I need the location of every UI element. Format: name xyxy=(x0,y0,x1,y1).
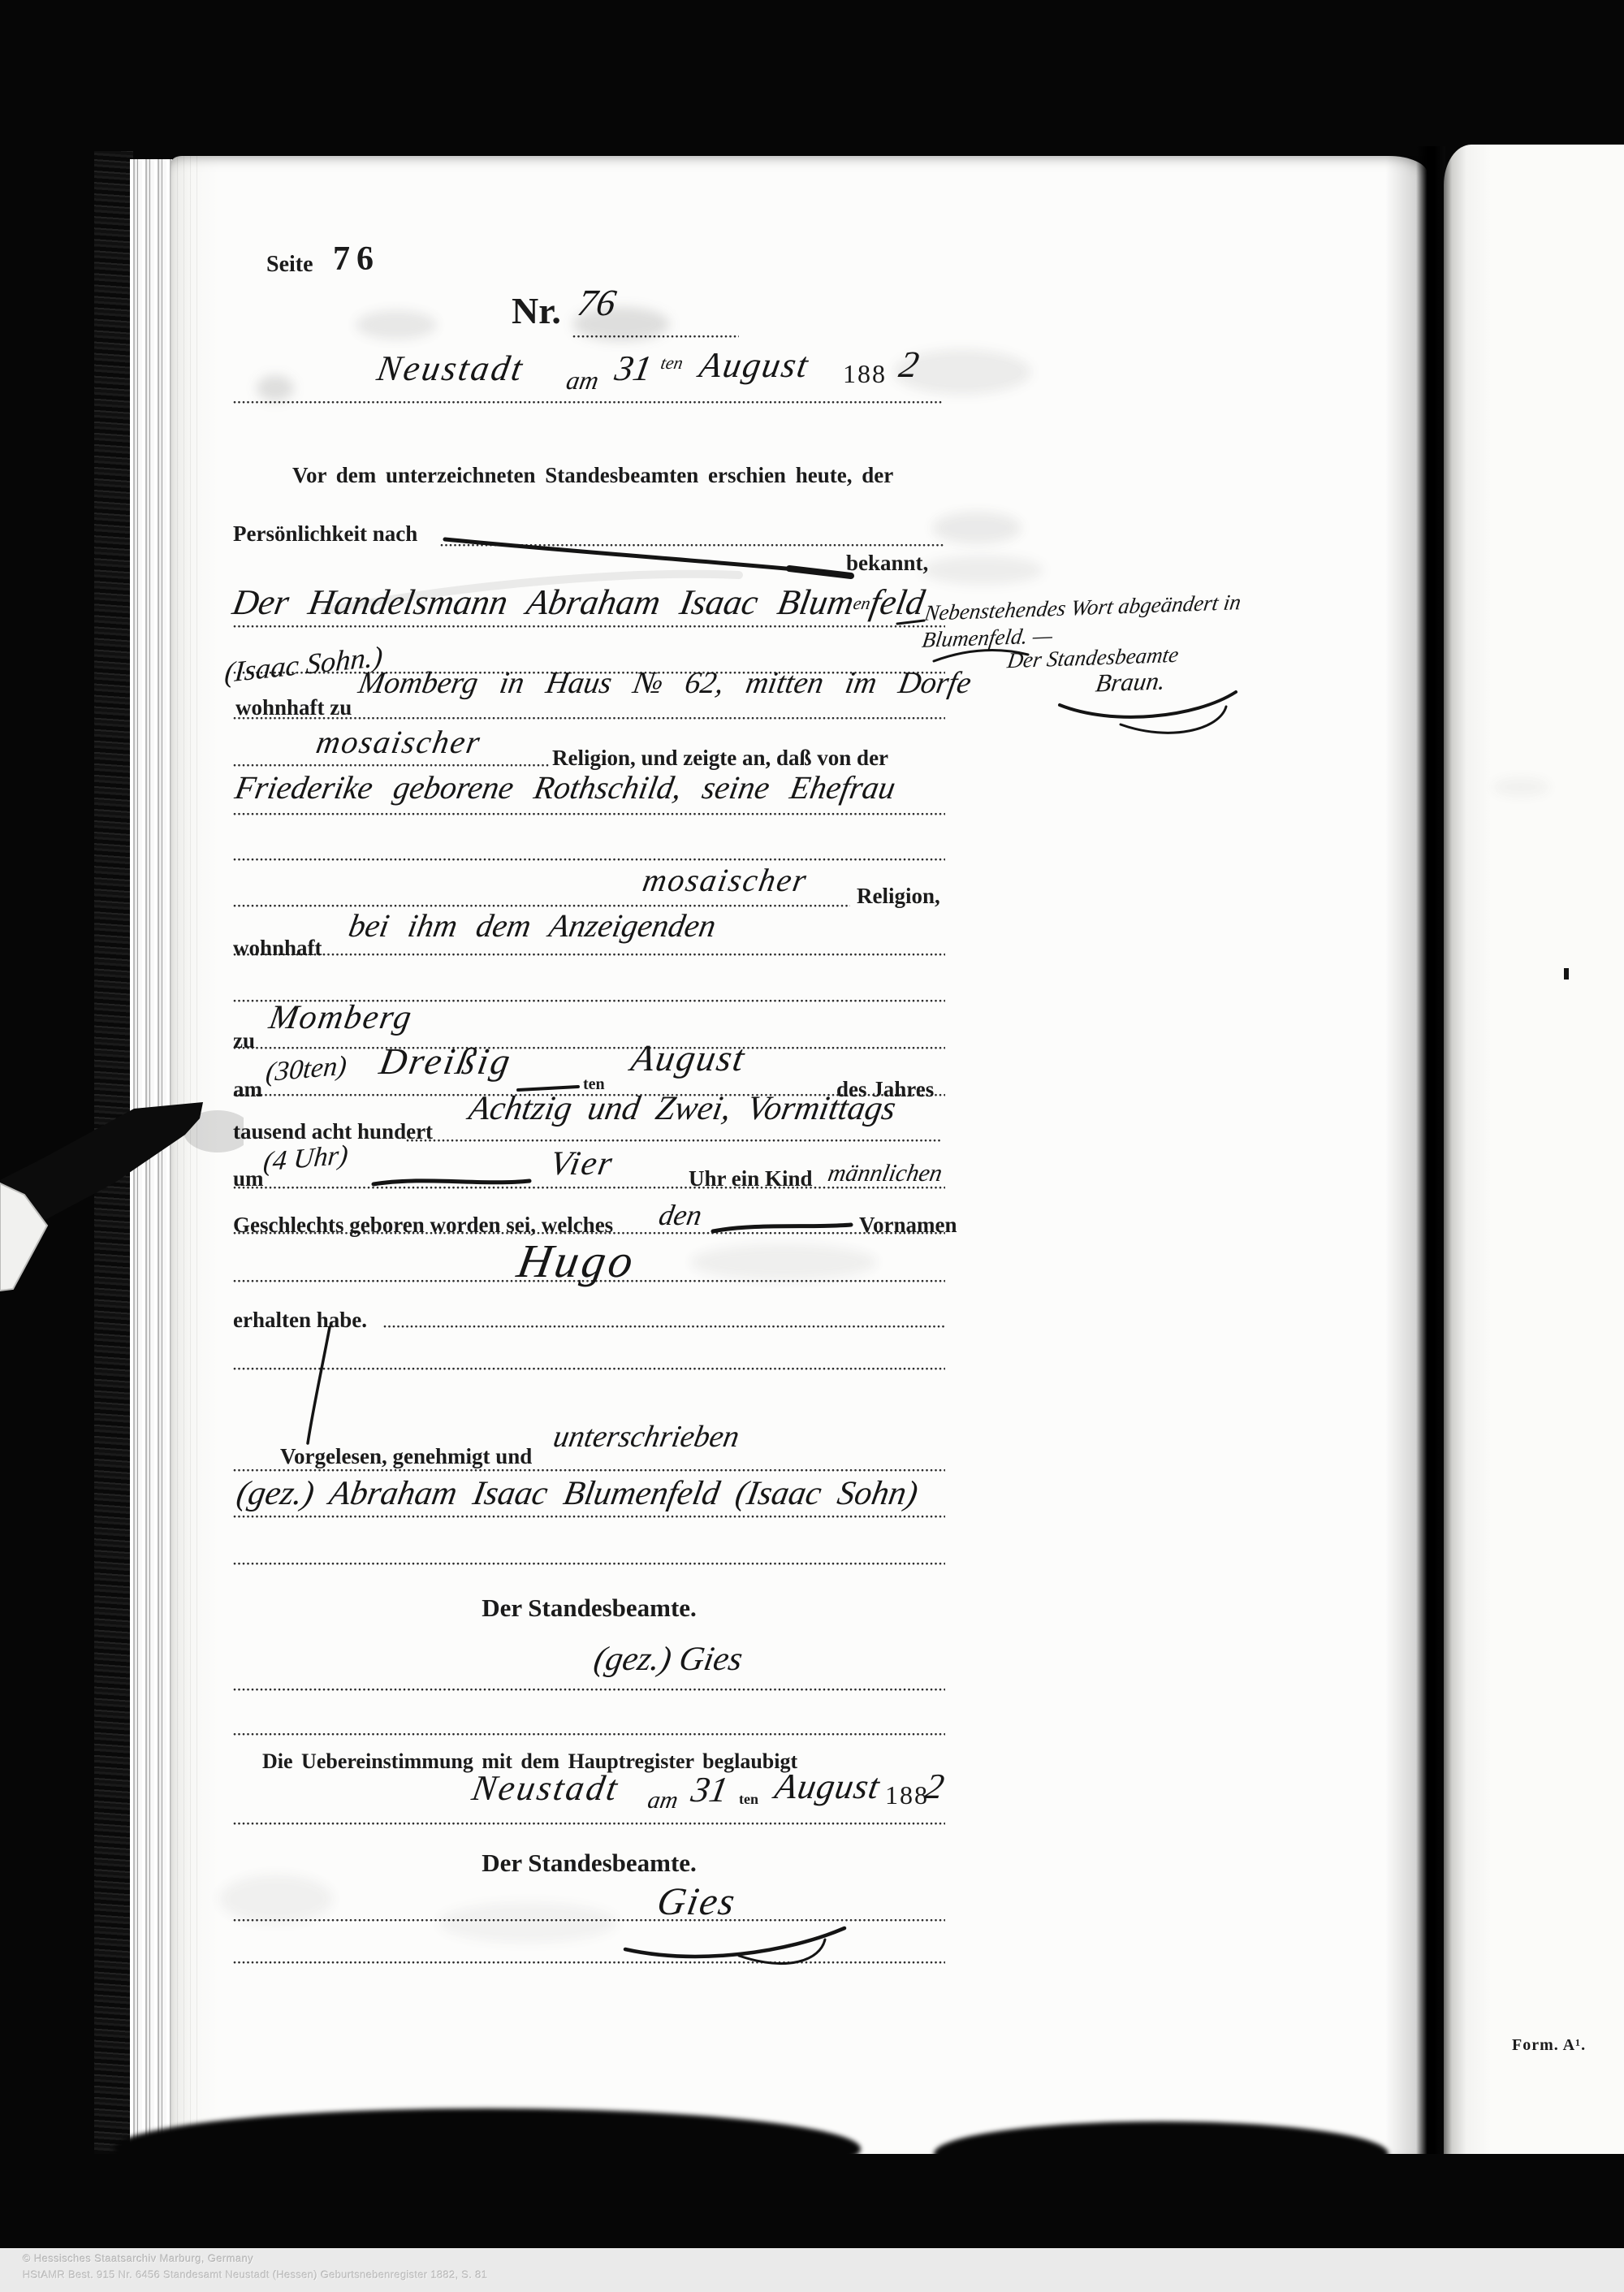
archive-watermark-strip: © Hessisches Staatsarchiv Marburg, Germa… xyxy=(0,2248,1624,2292)
bleed-mark xyxy=(1492,778,1549,796)
ink-strokes-overlay xyxy=(171,156,1427,2160)
scanned-register-book: Seite 76 Nr. 76 Neustadt am 31 ten Augus… xyxy=(0,0,1624,2292)
form-code: Form. A¹. xyxy=(1512,2037,1586,2053)
register-record-page: Seite 76 Nr. 76 Neustadt am 31 ten Augus… xyxy=(171,156,1427,2160)
archive-reference-line: HStAMR Best. 915 Nr. 6456 Standesamt Neu… xyxy=(23,2268,487,2281)
book-gutter xyxy=(1416,146,1445,2173)
archive-copyright-line: © Hessisches Staatsarchiv Marburg, Germa… xyxy=(23,2252,253,2264)
scan-background-bottom xyxy=(0,2154,1624,2251)
pen-pointer xyxy=(0,1044,244,1312)
ink-mark xyxy=(1564,968,1569,980)
facing-blank-page: Form. A¹. xyxy=(1444,145,1624,2172)
